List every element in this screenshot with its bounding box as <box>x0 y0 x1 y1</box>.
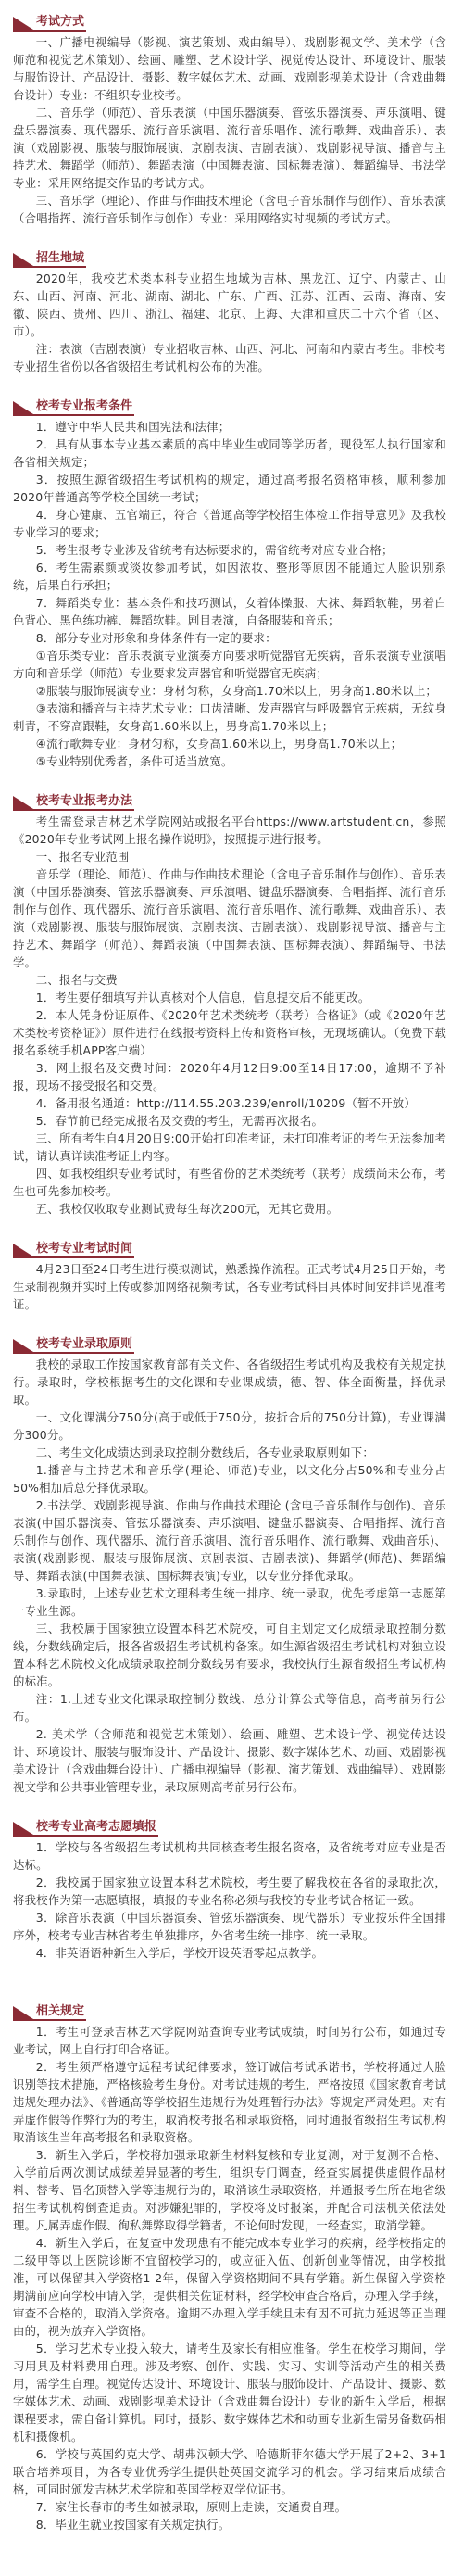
paragraph: 2．具有从事本专业基本素质的高中毕业生或同等学历者，现役军人执行国家和各省相关规… <box>13 436 446 471</box>
paragraph: 3．新生入学后，学校将加强录取新生材料复核和专业复测，对于复测不合格、入学前后两… <box>13 2146 446 2234</box>
heading-triangle-icon <box>13 1244 33 1256</box>
heading-triangle-icon <box>13 401 33 414</box>
section-heading: 招生地域 <box>13 247 86 268</box>
paragraph: 4．备用报名通道：http://114.55.203.239/enroll/10… <box>13 1094 446 1112</box>
paragraph: 三、我校属于国家独立设置本科艺术院校，可自主划定文化成绩录取控制分数线，分数线确… <box>13 1620 446 1690</box>
section-admission-principles: 校考专业录取原则 我校的录取工作按国家教育部有关文件、各省级招生考试机构及我校有… <box>13 1333 446 1796</box>
document-page: 考试方式 一、广播电视编导（影视、演艺策划、戏曲编导）、戏剧影视文学、美术学（含… <box>0 0 463 2576</box>
section-heading: 相关规定 <box>13 2001 86 2021</box>
paragraph: 3.录取时，上述专业艺术文理科考生统一排序、统一录取，优先考虑第一志愿第一专业生… <box>13 1585 446 1620</box>
heading-triangle-icon <box>13 2006 33 2019</box>
paragraph: 4月23日至24日考生进行模拟测试，熟悉操作流程。正式考试4月25日开始，考生录… <box>13 1260 446 1313</box>
section-title: 校考专业报考条件 <box>36 399 132 413</box>
section-application-method: 校考专业报考办法 考生需登录吉林艺术学院网站或报名平台https://www.a… <box>13 790 446 1218</box>
section-title: 校考专业考试时间 <box>36 1242 132 1256</box>
section-title: 相关规定 <box>36 2004 84 2018</box>
paragraph: 2．考生须严格遵守远程考试纪律要求，签订诚信考试承诺书，学校将通过人脸识别等技术… <box>13 2058 446 2146</box>
section-title: 校考专业录取原则 <box>36 1337 132 1351</box>
paragraph: 三、所有考生自4月20日9:00开始打印准考证，未打印准考证的考生无法参加考试，… <box>13 1130 446 1165</box>
paragraph: 4．非英语语种新生入学后，学校开设英语零起点教学。 <box>13 1944 446 1962</box>
paragraph: 五、我校仅收取专业测试费每生每次200元，无其它费用。 <box>13 1200 446 1218</box>
paragraph: 2．我校属于国家独立设置本科艺术院校，考生要了解我校在各省的录取批次，将我校作为… <box>13 1874 446 1909</box>
section-title: 招生地域 <box>36 251 84 265</box>
paragraph: 1．学校与各省级招生考试机构共同核查考生报名资格，及省统考对应专业是否达标。 <box>13 1838 446 1874</box>
heading-triangle-icon <box>13 1339 33 1352</box>
paragraph: 2.书法学、戏剧影视导演、作曲与作曲技术理论 (含电子音乐制作与创作)、音乐表演… <box>13 1496 446 1585</box>
paragraph: 一、报名专业范围 <box>13 848 446 865</box>
paragraph: 4．新生入学后，在复查中发现患有不能完成本专业学习的疾病，经学校指定的二级甲等以… <box>13 2234 446 2340</box>
section-title: 校考专业高考志愿填报 <box>36 1820 156 1834</box>
paragraph: 二、音乐学（师范）、音乐表演（中国乐器演奏、管弦乐器演奏、声乐演唱、键盘乐器演奏… <box>13 104 446 192</box>
paragraph: 7．舞蹈类专业：基本条件和技巧测试，女着体操服、大袜、舞蹈软鞋，男着白色背心、黑… <box>13 594 446 629</box>
section-heading: 考试方式 <box>13 11 86 32</box>
heading-triangle-icon <box>13 1822 33 1835</box>
paragraph: 注：表演（吉剧表演）专业招收吉林、山西、河北、河南和内蒙古考生。非校考专业招生省… <box>13 340 446 375</box>
paragraph: 一、文化课满分750分(高于或低于750分，按折合后的750分计算)，专业课满分… <box>13 1408 446 1444</box>
section-exam-time: 校考专业考试时间 4月23日至24日考生进行模拟测试，熟悉操作流程。正式考试4月… <box>13 1238 446 1313</box>
paragraph: 二、考生文化成绩达到录取控制分数线后，各专业录取原则如下： <box>13 1444 446 1461</box>
paragraph: 2. 美术学（含师范和视觉艺术策划）、绘画、雕塑、艺术设计学、视觉传达设计、环境… <box>13 1725 446 1796</box>
paragraph: 4．身心健康、五官端正，符合《普通高等学校招生体检工作指导意见》及我校专业学习的… <box>13 506 446 541</box>
heading-triangle-icon <box>13 796 33 809</box>
heading-triangle-icon <box>13 17 33 30</box>
section-application-preferences: 校考专业高考志愿填报 1．学校与各省级招生考试机构共同核查考生报名资格，及省统考… <box>13 1816 446 1962</box>
paragraph: 7．家住长春市的考生如被录取，原则上走读，交通费自理。 <box>13 2498 446 2516</box>
heading-triangle-icon <box>13 253 33 266</box>
paragraph: ③表演和播音与主持艺术专业：口齿清晰、发声器官与呼吸器官无疾病，无纹身刺青，不穿… <box>13 700 446 735</box>
paragraph: 3．网上报名及交费时间：2020年4月12日9:00至14日17:00，逾期不予… <box>13 1059 446 1094</box>
paragraph: 3．除音乐表演（中国乐器演奏、管弦乐器演奏、现代器乐）专业按乐件全国排序外，校考… <box>13 1909 446 1944</box>
section-heading: 校考专业高考志愿填报 <box>13 1816 158 1837</box>
section-heading: 校考专业考试时间 <box>13 1238 134 1258</box>
section-enrollment-region: 招生地域 2020年，我校艺术类本科专业招生地域为吉林、黑龙江、辽宁、内蒙古、山… <box>13 247 446 375</box>
paragraph: 1.播音与主持艺术和音乐学(理论、师范)专业，以文化分占50%和专业分占50%相… <box>13 1461 446 1496</box>
section-application-requirements: 校考专业报考条件 1．遵守中华人民共和国宪法和法律； 2．具有从事本专业基本素质… <box>13 396 446 770</box>
paragraph: ⑤专业特别优秀者，条件可适当放宽。 <box>13 752 446 770</box>
paragraph: 2020年，我校艺术类本科专业招生地域为吉林、黑龙江、辽宁、内蒙古、山东、山西、… <box>13 270 446 340</box>
paragraph: 音乐学（理论、师范）、作曲与作曲技术理论（含电子音乐制作与创作）、音乐表演（中国… <box>13 865 446 971</box>
paragraph: 三、音乐学（理论）、作曲与作曲技术理论（含电子音乐制作与创作）、音乐表演（合唱指… <box>13 192 446 227</box>
paragraph: 我校的录取工作按国家教育部有关文件、各省级招生考试机构及我校有关规定执行。录取时… <box>13 1356 446 1408</box>
paragraph: 3．按照生源省级招生考试机构的规定，通过高考报名资格审核，顺利参加2020年普通… <box>13 471 446 506</box>
section-title: 考试方式 <box>36 15 84 29</box>
paragraph: 8．部分专业对形象和身体条件有一定的要求： <box>13 629 446 647</box>
section-heading: 校考专业录取原则 <box>13 1333 134 1354</box>
section-exam-method: 考试方式 一、广播电视编导（影视、演艺策划、戏曲编导）、戏剧影视文学、美术学（含… <box>13 11 446 227</box>
paragraph: ④流行歌舞专业：身材匀称，女身高1.60米以上，男身高1.70米以上； <box>13 735 446 752</box>
paragraph: ①音乐类专业：音乐表演专业演奏方向要求听觉器官无疾病，音乐表演专业演唱方向和音乐… <box>13 647 446 682</box>
paragraph: 四、如我校组织专业考试时，有些省份的艺术类统考（联考）成绩尚未公布，考生也可先参… <box>13 1165 446 1200</box>
paragraph: 6．考生需素颜或淡妆参加考试，如因浓妆、整形等原因不能通过人脸识别系统，后果自行… <box>13 559 446 594</box>
paragraph: 6．学校与英国约克大学、胡弗汉顿大学、哈德斯菲尔德大学开展了2+2、3+1联合培… <box>13 2445 446 2498</box>
paragraph: 5．考生报考专业涉及省统考有达标要求的，需省统考对应专业合格； <box>13 541 446 559</box>
section-title: 校考专业报考办法 <box>36 794 132 808</box>
paragraph: 1．考生要仔细填写并认真核对个人信息，信息提交后不能更改。 <box>13 989 446 1006</box>
section-heading: 校考专业报考条件 <box>13 396 134 416</box>
paragraph: 1．考生可登录吉林艺术学院网站查询专业考试成绩，时间另行公布，如通过专业考试，网… <box>13 2023 446 2058</box>
section-heading: 校考专业报考办法 <box>13 790 134 811</box>
paragraph: 8．毕业生就业按国家有关规定执行。 <box>13 2516 446 2533</box>
paragraph: 5．春节前已经完成报名及交费的考生，无需再次报名。 <box>13 1112 446 1130</box>
paragraph: 5．学习艺术专业投入较大，请考生及家长有相应准备。学生在校学习期间，学习用具及材… <box>13 2340 446 2445</box>
paragraph: 考生需登录吉林艺术学院网站或报名平台https://www.artstudent… <box>13 813 446 848</box>
section-related-regulations: 相关规定 1．考生可登录吉林艺术学院网站查询专业考试成绩，时间另行公布，如通过专… <box>13 2001 446 2533</box>
paragraph: 注：1.上述专业文化课录取控制分数线、总分计算公式等信息，高考前另行公布。 <box>13 1690 446 1725</box>
paragraph: ②服装与服饰展演专业：身材匀称，女身高1.70米以上，男身高1.80米以上； <box>13 682 446 700</box>
paragraph: 2．本人凭身份证原件、《2020年艺术类统考（联考）合格证》（或《2020年艺术… <box>13 1006 446 1059</box>
paragraph: 1．遵守中华人民共和国宪法和法律； <box>13 418 446 436</box>
paragraph: 二、报名与交费 <box>13 971 446 989</box>
paragraph: 一、广播电视编导（影视、演艺策划、戏曲编导）、戏剧影视文学、美术学（含师范和视觉… <box>13 33 446 104</box>
